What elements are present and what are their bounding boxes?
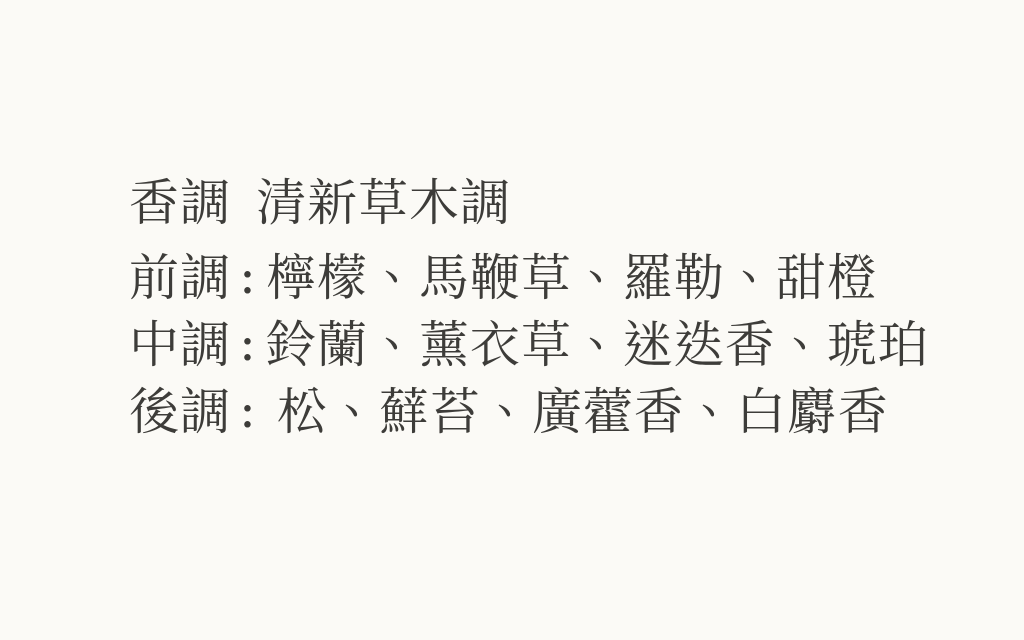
fragrance-notes-panel: 香調清新草木調 前調:檸檬、馬鞭草、羅勒、甜橙 中調:鈴蘭、薰衣草、迷迭香、琥珀… (129, 170, 929, 446)
top-notes-label: 前調 (129, 249, 231, 307)
base-notes-label: 後調 (129, 383, 231, 441)
page-background: { "page": { "background_color": "#FBFAF6… (0, 0, 1024, 640)
middle-notes-label: 中調 (129, 316, 231, 374)
base-notes-value: 松、蘚苔、廣藿香、白麝香 (277, 383, 889, 441)
base-notes-colon: : (239, 377, 257, 444)
fragrance-type-line: 香調清新草木調 (129, 170, 929, 237)
top-notes-line: 前調:檸檬、馬鞭草、羅勒、甜橙 (129, 245, 929, 312)
middle-notes-value: 鈴蘭、薰衣草、迷迭香、琥珀 (266, 316, 929, 374)
top-notes-colon: : (239, 243, 257, 310)
top-notes-value: 檸檬、馬鞭草、羅勒、甜橙 (266, 249, 878, 307)
fragrance-type-label: 香調 (129, 174, 231, 232)
fragrance-type-value: 清新草木調 (256, 174, 511, 232)
middle-notes-colon: : (239, 310, 257, 377)
middle-notes-line: 中調:鈴蘭、薰衣草、迷迭香、琥珀 (129, 312, 929, 379)
base-notes-line: 後調:松、蘚苔、廣藿香、白麝香 (129, 379, 929, 446)
